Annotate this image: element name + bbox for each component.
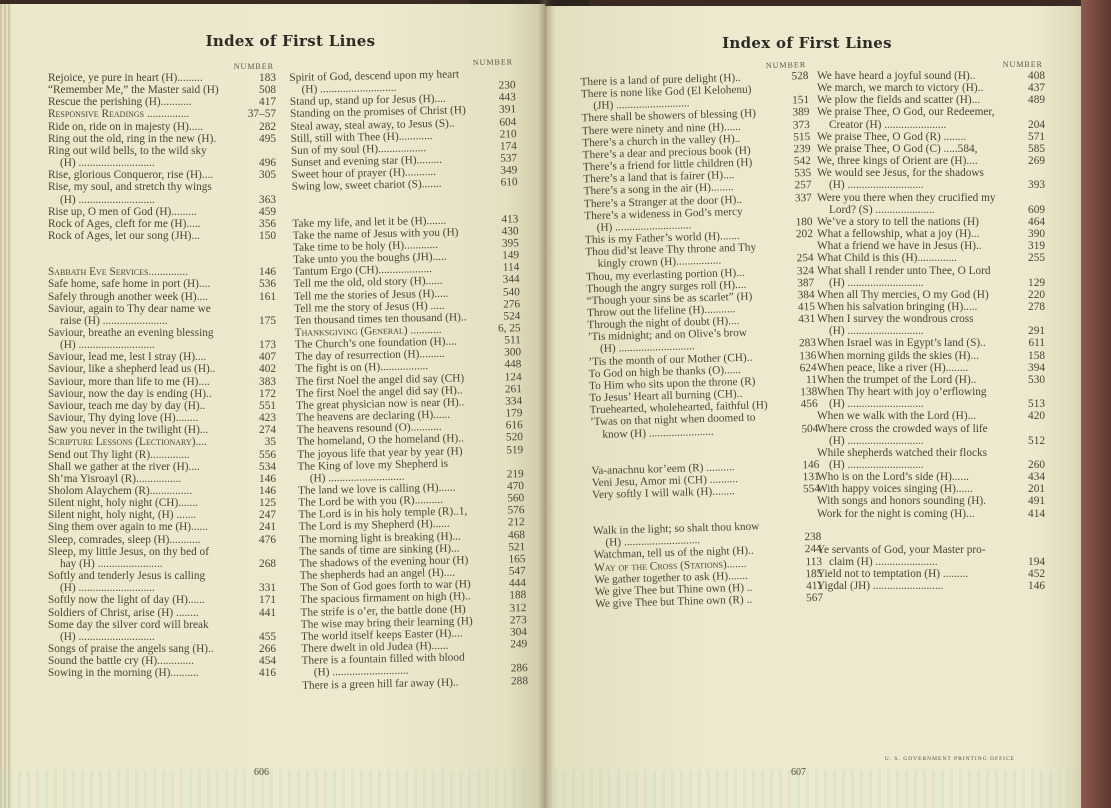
index-entry: What shall I render unto Thee, O Lord (817, 265, 1045, 277)
hymn-first-line: Saviour, lead me, lest I stray (H).... (48, 351, 206, 363)
hymn-number: 508 (250, 84, 276, 96)
hymn-number: 136 (790, 349, 816, 362)
hymn-number: 537 (491, 152, 517, 165)
index-entry: Rise, glorious Conqueror, rise (H)....30… (48, 169, 276, 181)
index-entry: Rock of Ages, cleft for me (H).....356 (48, 218, 276, 230)
hymn-number: 300 (495, 346, 521, 359)
hymn-first-line: Saviour, breathe an evening blessing (48, 327, 214, 339)
hymn-first-line: What a fellowship, what a joy (H)... (817, 228, 980, 240)
hymn-first-line: Lord? (S) ..................... (817, 204, 935, 216)
index-entry: Responsive Readings ...............37–57 (48, 108, 276, 120)
hymn-first-line: Songs of praise the angels sang (H).. (48, 643, 214, 655)
index-entry: Who is on the Lord’s side (H)......434 (817, 471, 1045, 483)
hymn-number: 173 (250, 339, 276, 351)
hymn-number: 585 (1019, 143, 1045, 155)
index-entry: When peace, like a river (H)........394 (817, 362, 1045, 374)
index-entry: Saviour, again to Thy dear name we (48, 303, 276, 315)
hymn-number: 416 (250, 667, 276, 679)
hymn-first-line: When his salvation bringing (H)..... (817, 301, 977, 313)
index-entry: Rock of Ages, let our song (JH)...150 (48, 230, 276, 242)
index-entry: What a fellowship, what a joy (H)...390 (817, 228, 1045, 240)
hymn-first-line: Rock of Ages, let our song (JH)... (48, 230, 200, 242)
hymn-number: 334 (496, 395, 522, 408)
hymn-first-line: Where cross the crowded ways of life (817, 423, 988, 435)
hymn-number (250, 327, 276, 339)
index-entry: (H) ...........................455 (48, 631, 276, 643)
hymn-first-line: Some day the silver cord will break (48, 619, 209, 631)
hymn-number: 495 (250, 133, 276, 145)
hymn-number: 194 (1019, 556, 1045, 568)
hymn-number (783, 82, 809, 95)
hymn-number: 37–57 (248, 108, 276, 120)
hymn-number (1019, 447, 1045, 459)
hymn-number: 288 (502, 675, 528, 688)
hymn-number: 165 (499, 553, 525, 566)
hymn-first-line: (H) ........................... (48, 631, 155, 643)
hymn-first-line: Rise, glorious Conqueror, rise (H).... (48, 169, 213, 181)
hymn-first-line: We plow the fields and scatter (H)... (817, 94, 980, 106)
index-entry: When I survey the wondrous cross (817, 313, 1045, 325)
hymn-number: 158 (1019, 350, 1045, 362)
hymn-first-line: Rock of Ages, cleft for me (H)..... (48, 218, 200, 230)
hymn-number: 344 (494, 274, 520, 287)
hymn-number: 456 (791, 398, 817, 411)
index-entry: raise (H) .......................175 (48, 315, 276, 327)
hymn-number: 274 (250, 424, 276, 436)
hymn-number: 179 (496, 407, 522, 420)
hymn-number: 239 (784, 143, 810, 156)
hymn-number: 454 (250, 655, 276, 667)
hymn-first-line: What shall I render unto Thee, O Lord (817, 265, 991, 277)
index-entry: (H) ...........................331 (48, 582, 276, 594)
hymn-number: 283 (790, 337, 816, 350)
hymn-number: 349 (491, 164, 517, 177)
hymn-number: 528 (782, 70, 808, 83)
hymn-first-line: Saviour, like a shepherd lead us (H).. (48, 363, 215, 375)
number-column-header: NUMBER (817, 59, 1045, 70)
hymn-number: 219 (498, 468, 524, 481)
hymn-number: 430 (492, 225, 518, 238)
hymn-number: 150 (250, 230, 276, 242)
hymn-number: 276 (494, 298, 520, 311)
hymn-first-line: Sabbath Eve Services.............. (48, 266, 188, 278)
index-entry: Saviour, Thy dying love (H)........423 (48, 412, 276, 424)
index-entry: Ride on, ride on in majesty (H).....282 (48, 121, 276, 133)
hymn-first-line: When morning gilds the skies (H)... (817, 350, 979, 362)
index-entry: We praise Thee, O God (R) ........571 (817, 131, 1045, 143)
hymn-number: 114 (493, 261, 519, 274)
hymn-first-line: Send out Thy light (R).............. (48, 449, 190, 461)
hymn-first-line: Responsive Readings ............... (48, 108, 189, 120)
hymn-number: 441 (250, 607, 276, 619)
index-entry: Saviour, teach me day by day (H)..551 (48, 400, 276, 412)
hymn-number: 312 (500, 602, 526, 615)
index-entry: While shepherds watched their flocks (817, 447, 1045, 459)
index-entry: Soldiers of Christ, arise (H) ........44… (48, 607, 276, 619)
index-entry: Saviour, lead me, lest I stray (H)....40… (48, 351, 276, 363)
hymn-number: 384 (788, 289, 814, 302)
hymn-number: 146 (250, 473, 276, 485)
page-title: Index of First Lines (18, 32, 563, 50)
hymn-first-line: Sh’ma Yisroayl (R)................ (48, 473, 181, 485)
book-cover-edge (1081, 0, 1111, 808)
index-entry: Saviour, like a shepherd lead us (H)..40… (48, 363, 276, 375)
left-page: Index of First Lines NUMBERRejoice, ye p… (0, 4, 545, 808)
index-entry: (H) ...........................129 (817, 277, 1045, 289)
hymn-first-line: Sowing in the morning (H).......... (48, 667, 199, 679)
hymn-number: 464 (1019, 216, 1045, 228)
hymn-number: 6, 25 (495, 322, 521, 335)
index-entry: Sh’ma Yisroayl (R)................146 (48, 473, 276, 485)
hymn-number: 387 (788, 277, 814, 290)
index-entry: Ring out wild bells, to the wild sky (48, 145, 276, 157)
index-entry: Softly and tenderly Jesus is calling (48, 570, 276, 582)
hymn-number: 576 (498, 504, 524, 517)
hymn-number: 286 (502, 662, 528, 675)
hymn-first-line: When peace, like a river (H)........ (817, 362, 968, 374)
index-entry: Sleep, my little Jesus, on thy bed of (48, 546, 276, 558)
hymn-number: 201 (1019, 483, 1045, 495)
hymn-number: 324 (788, 264, 814, 277)
hymn-number: 146 (250, 485, 276, 497)
hymn-number: 151 (783, 94, 809, 107)
hymn-number: 35 (250, 436, 276, 448)
hymn-number: 146 (250, 266, 276, 278)
index-entry: Sowing in the morning (H)..........416 (48, 667, 276, 679)
hymn-first-line: Silent night, holy night, (H) ....... (48, 509, 196, 521)
hymn-number: 146 (793, 459, 819, 472)
hymn-first-line: (H) ........................... (817, 277, 924, 289)
index-entry: Work for the night is coming (H)...414 (817, 508, 1045, 520)
index-entry: Yigdal (JH) .........................146 (817, 580, 1045, 592)
page-bottom-tint (0, 770, 545, 808)
hymn-first-line: Sound the battle cry (H)............. (48, 655, 194, 667)
hymn-number: 519 (497, 444, 523, 457)
hymn-number: 567 (797, 592, 823, 605)
hymn-first-line: Shall we gather at the river (H).... (48, 461, 200, 473)
hymn-first-line: We praise Thee, O God (R) ........ (817, 131, 966, 143)
hymn-number: 448 (495, 359, 521, 372)
index-column-left-2: NUMBERSpirit of God, descend upon my hea… (289, 56, 528, 691)
hymn-number (250, 570, 276, 582)
hymn-number (1019, 106, 1045, 118)
index-entry: Rescue the perishing (H)...........417 (48, 96, 276, 108)
hymn-number: 391 (490, 104, 516, 117)
hymn-first-line: Saviour, teach me day by day (H).. (48, 400, 205, 412)
hymn-number: 129 (1019, 277, 1045, 289)
hymn-first-line: Sing them over again to me (H)...... (48, 521, 208, 533)
hymn-number: 389 (783, 106, 809, 119)
index-entry: We’ve a story to tell the nations (H)464 (817, 216, 1045, 228)
index-entry: We march, we march to victory (H)..437 (817, 82, 1045, 94)
index-entry: Ye servants of God, your Master pro- (817, 544, 1045, 556)
hymn-number: 255 (1019, 252, 1045, 264)
hymn-number (1019, 386, 1045, 398)
hymn-first-line: Sleep, my little Jesus, on thy bed of (48, 546, 209, 558)
index-entry: Rejoice, ye pure in heart (H).........18… (48, 72, 276, 84)
index-entry: Yield not to temptation (H) .........452 (817, 568, 1045, 580)
hymn-first-line: Sleep, comrades, sleep (H)........... (48, 534, 200, 546)
index-entry: Shall we gather at the river (H)....534 (48, 461, 276, 473)
hymn-number: 444 (500, 577, 526, 590)
hymn-number: 183 (250, 72, 276, 84)
hymn-number: 443 (490, 92, 516, 105)
index-entry: Safely through another week (H)....161 (48, 291, 276, 303)
hymn-number: 261 (496, 383, 522, 396)
hymn-number: 172 (250, 388, 276, 400)
hymn-number: 609 (1019, 204, 1045, 216)
hymn-first-line: We, three kings of Orient are (H).... (817, 155, 978, 167)
hymn-first-line: When Israel was in Egypt’s land (S).. (817, 337, 986, 349)
hymn-first-line: (H) ........................... (817, 325, 924, 337)
hymn-number: 305 (250, 169, 276, 181)
hymn-number: 390 (1019, 228, 1045, 240)
hymn-number (1019, 265, 1045, 277)
hymn-first-line: Ring out the old, ring in the new (H). (48, 133, 216, 145)
printer-imprint: U. S. GOVERNMENT PRINTING OFFICE (885, 756, 1015, 762)
hymn-first-line: When I survey the wondrous cross (817, 313, 974, 325)
index-entry: When all Thy mercies, O my God (H)220 (817, 289, 1045, 301)
hymn-number: 616 (497, 419, 523, 432)
index-entry: Some day the silver cord will break (48, 619, 276, 631)
hymn-first-line: When Thy heart with joy o’erflowing (817, 386, 987, 398)
hymn-number: 257 (785, 179, 811, 192)
hymn-number (1019, 423, 1045, 435)
hymn-first-line: raise (H) ....................... (48, 315, 168, 327)
hymn-number (250, 546, 276, 558)
hymn-number: 476 (250, 534, 276, 546)
index-entry: We praise Thee, O God, our Redeemer, (817, 106, 1045, 118)
hymn-number: 394 (1019, 362, 1045, 374)
index-entry: What Child is this (H)..............255 (817, 252, 1045, 264)
index-entry: Saviour, now the day is ending (H)..172 (48, 388, 276, 400)
hymn-first-line: Rise, my soul, and stretch thy wings (48, 181, 212, 193)
hymn-number (786, 204, 812, 217)
hymn-number: 513 (1019, 398, 1045, 410)
hymn-number: 149 (493, 249, 519, 262)
hymn-first-line: Yield not to temptation (H) ......... (817, 568, 968, 580)
index-entry: (H) ...........................173 (48, 339, 276, 351)
hymn-first-line: Ring out wild bells, to the wild sky (48, 145, 207, 157)
hymn-number: 180 (786, 216, 812, 229)
hymn-number: 188 (500, 590, 526, 603)
index-entry: When the trumpet of the Lord (H)..530 (817, 374, 1045, 386)
hymn-number: 171 (250, 594, 276, 606)
hymn-number: 524 (494, 310, 520, 323)
hymn-first-line: Who is on the Lord’s side (H)...... (817, 471, 969, 483)
hymn-number: 535 (785, 167, 811, 180)
index-entry: Saw you never in the twilight (H)...274 (48, 424, 276, 436)
page-bottom-tint (545, 770, 1085, 808)
hymn-number (789, 325, 815, 338)
hymn-first-line: Saviour, Thy dying love (H)........ (48, 412, 198, 424)
hymn-number: 202 (787, 228, 813, 241)
index-entry: We would see Jesus, for the shadows (817, 167, 1045, 179)
hymn-number (1019, 192, 1045, 204)
index-entry: We plow the fields and scatter (H)...489 (817, 94, 1045, 106)
index-entry: Softly now the light of day (H)......171 (48, 594, 276, 606)
hymn-number: 504 (792, 422, 818, 435)
hymn-first-line: Work for the night is coming (H)... (817, 508, 975, 520)
hymn-number: 363 (250, 194, 276, 206)
hymn-first-line: (H) ........................... (817, 435, 924, 447)
hymn-number: 383 (250, 376, 276, 388)
hymn-number: 604 (490, 116, 516, 129)
hymn-number: 260 (1019, 459, 1045, 471)
hymn-first-line: Sholom Alaychem (R)............... (48, 485, 192, 497)
hymn-first-line: With songs and honors sounding (H). (817, 495, 986, 507)
index-entry: Safe home, safe home in port (H)....536 (48, 278, 276, 290)
index-entry: Creator (H) ......................204 (817, 119, 1045, 131)
hymn-number: 520 (497, 432, 523, 445)
index-entry: Ring out the old, ring in the new (H).49… (48, 133, 276, 145)
book-gutter (538, 0, 554, 808)
hymn-number: 337 (786, 192, 812, 205)
index-entry: Sound the battle cry (H).............454 (48, 655, 276, 667)
page-number: 607 (791, 767, 806, 778)
hymn-number: 249 (501, 638, 527, 651)
index-entry: What a friend we have in Jesus (H)..319 (817, 240, 1045, 252)
hymn-number (250, 145, 276, 157)
hymn-first-line: (H) ........................... (48, 157, 155, 169)
page-number: 606 (254, 767, 269, 778)
hymn-first-line: Saviour, again to Thy dear name we (48, 303, 211, 315)
hymn-number: 230 (489, 79, 515, 92)
hymn-number: 373 (784, 119, 810, 132)
index-entry: Sabbath Eve Services..............146 (48, 266, 276, 278)
hymn-number: 530 (1019, 374, 1045, 386)
hymn-number: 470 (498, 480, 524, 493)
hymn-number: 161 (250, 291, 276, 303)
hymn-number (1019, 313, 1045, 325)
index-entry: With songs and honors sounding (H).491 (817, 495, 1045, 507)
hymn-number: 413 (492, 213, 518, 226)
hymn-first-line: What a friend we have in Jesus (H).. (817, 240, 982, 252)
hymn-number: 417 (250, 96, 276, 108)
index-entry: (H) ...........................512 (817, 435, 1045, 447)
hymn-number: 268 (250, 558, 276, 570)
hymn-first-line: Scripture Lessons (Lectionary).... (48, 436, 207, 448)
hymn-number: 269 (1019, 155, 1045, 167)
hymn-first-line: We praise Thee, O God, our Redeemer, (817, 106, 995, 118)
index-entry: Rise up, O men of God (H).........459 (48, 206, 276, 218)
hymn-number: 624 (790, 362, 816, 375)
hymn-first-line: While shepherds watched their flocks (817, 447, 987, 459)
hymn-number: 571 (1019, 131, 1045, 143)
hymn-number: 420 (1019, 410, 1045, 422)
hymn-first-line: (H) ........................... (817, 179, 924, 191)
index-entry: (H) ...........................393 (817, 179, 1045, 191)
hymn-number (1019, 167, 1045, 179)
hymn-number: 491 (1019, 495, 1045, 507)
hymn-first-line: Creator (H) ...................... (817, 119, 946, 131)
hymn-number: 146 (1019, 580, 1045, 592)
hymn-number (792, 410, 818, 423)
hymn-number (250, 619, 276, 631)
hymn-first-line: Were you there when they crucified my (817, 192, 996, 204)
hymn-first-line: When the trumpet of the Lord (H).. (817, 374, 976, 386)
hymn-number: 125 (250, 497, 276, 509)
hymn-number: 220 (1019, 289, 1045, 301)
hymn-first-line: Saw you never in the twilight (H)... (48, 424, 208, 436)
hymn-number (787, 240, 813, 253)
letter-section-gap (817, 520, 1045, 544)
hymn-first-line: (H) ........................... (48, 339, 155, 351)
hymn-first-line: claim (H) ...................... (817, 556, 938, 568)
hymn-number: 273 (501, 614, 527, 627)
hymn-number: 611 (1019, 337, 1045, 349)
index-entry: When morning gilds the skies (H)...158 (817, 350, 1045, 362)
hymn-number: 291 (1019, 325, 1045, 337)
index-entry: Sleep, comrades, sleep (H)...........476 (48, 534, 276, 546)
hymn-number: 254 (787, 252, 813, 265)
hymn-first-line: “Remember Me,” the Master said (H) (48, 84, 219, 96)
index-entry: When his salvation bringing (H).....278 (817, 301, 1045, 313)
hymn-number: 212 (499, 517, 525, 530)
hymn-number: 319 (1019, 240, 1045, 252)
index-entry: (H) ...........................513 (817, 398, 1045, 410)
hymn-number: 304 (501, 626, 527, 639)
hymn-first-line: We have heard a joyful sound (H).. (817, 70, 975, 82)
hymn-number: 247 (250, 509, 276, 521)
index-entry: (H) ...........................260 (817, 459, 1045, 471)
index-entry: (H) ...........................291 (817, 325, 1045, 337)
hymn-number: 515 (784, 131, 810, 144)
hymn-number: 131 (794, 471, 820, 484)
hymn-number: 414 (1019, 508, 1045, 520)
hymn-number: 452 (1019, 568, 1045, 580)
index-entry: (H) ...........................496 (48, 157, 276, 169)
hymn-first-line: We would see Jesus, for the shadows (817, 167, 984, 179)
index-entry: Lord? (S) .....................609 (817, 204, 1045, 216)
hymn-first-line: We praise Thee, O God (C) .....584, (817, 143, 977, 155)
hymn-number: 175 (250, 315, 276, 327)
hymn-number: 402 (250, 363, 276, 375)
hymn-number: 210 (490, 128, 516, 141)
hymn-number: 408 (1019, 70, 1045, 82)
index-entry: hay (H) .......................268 (48, 558, 276, 570)
hymn-number: 610 (491, 177, 517, 190)
index-entry: Saviour, breathe an evening blessing (48, 327, 276, 339)
hymn-number: 560 (498, 492, 524, 505)
hymn-number: 534 (250, 461, 276, 473)
hymn-number: 124 (496, 371, 522, 384)
hymn-first-line: There is a green hill far away (H).. (302, 676, 459, 691)
hymn-number: 496 (250, 157, 276, 169)
hymn-number: 437 (1019, 82, 1045, 94)
hymn-number: 511 (495, 334, 521, 347)
hymn-number: 415 (789, 301, 815, 314)
hymn-first-line: Rejoice, ye pure in heart (H)......... (48, 72, 203, 84)
index-entry: Silent night, holy night (CH).......125 (48, 497, 276, 509)
index-entry: Rise, my soul, and stretch thy wings (48, 181, 276, 193)
page-edges (0, 4, 10, 808)
hymn-number: 395 (493, 237, 519, 250)
hymn-first-line: We’ve a story to tell the nations (H) (817, 216, 979, 228)
index-entry: When Thy heart with joy o’erflowing (817, 386, 1045, 398)
hymn-first-line: Yigdal (JH) ......................... (817, 580, 943, 592)
hymn-first-line: hay (H) ....................... (48, 558, 163, 570)
index-entry: We have heard a joyful sound (H)..408 (817, 70, 1045, 82)
hymn-first-line: When we walk with the Lord (H)... (817, 410, 976, 422)
index-entry: Were you there when they crucified my (817, 192, 1045, 204)
hymn-number: 459 (250, 206, 276, 218)
right-page: Index of First Lines NUMBERThere is a la… (545, 6, 1085, 808)
hymn-first-line: Safely through another week (H).... (48, 291, 208, 303)
index-entry: We praise Thee, O God (C) .....584,585 (817, 143, 1045, 155)
hymn-number (497, 456, 523, 469)
hymn-first-line: (H) ........................... (817, 459, 924, 471)
